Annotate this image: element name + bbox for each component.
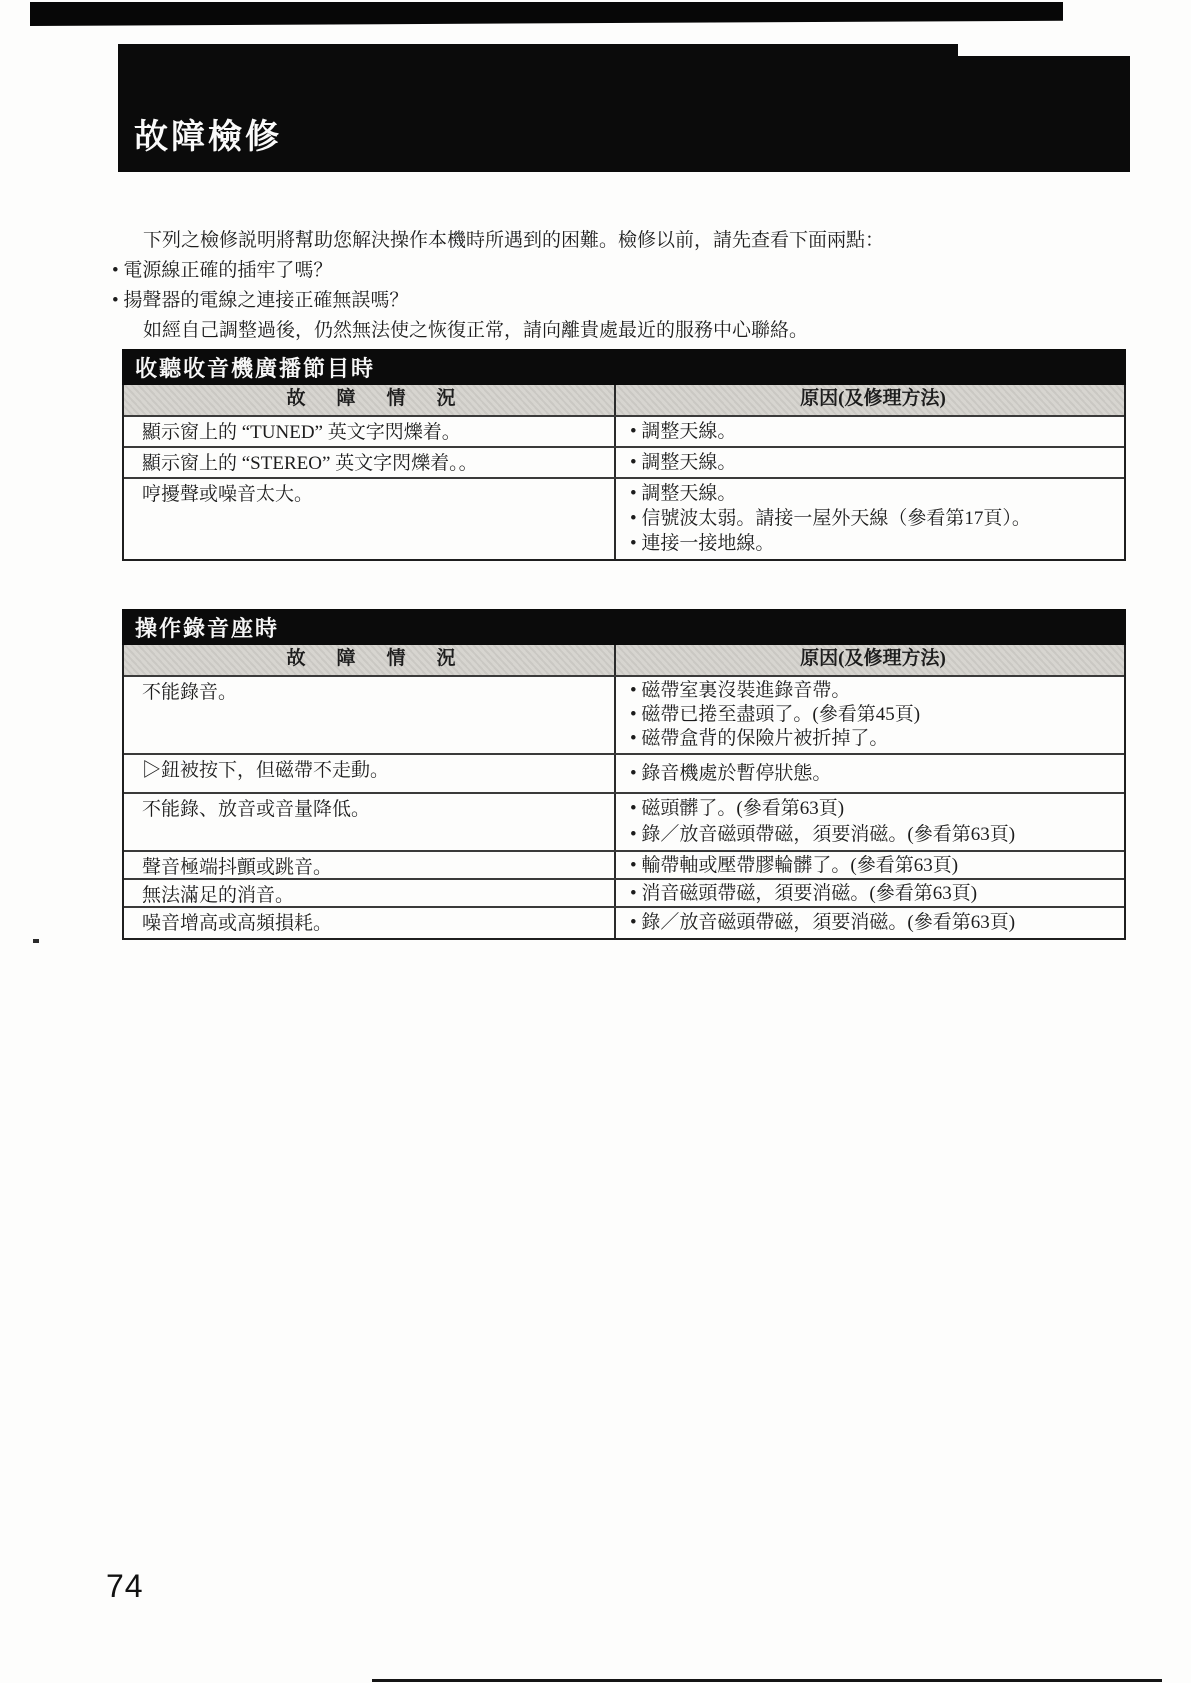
intro-line-1: 下列之檢修説明將幫助您解決操作本機時所遇到的困難。檢修以前，請先查看下面兩點： — [112, 226, 1092, 256]
problem-cell: 顯示窗上的 “STEREO” 英文字閃爍着。。 — [124, 448, 616, 477]
table-row: 噪音增高或高頻損耗。 錄／放音磁頭帶磁，須要消磁。(參看第63頁) — [124, 906, 1124, 938]
cause-item: 磁帶盒背的保險片被折掉了。 — [630, 727, 1116, 751]
column-header-problem: 故 障 情 況 — [124, 645, 616, 675]
column-header-cause: 原因(及修理方法) — [616, 645, 1124, 675]
scan-speck — [33, 939, 39, 943]
page-title-band: 故障檢修 — [118, 56, 1130, 172]
intro-line-2: 如經自己調整過後，仍然無法使之恢復正常，請向離貴處最近的服務中心聯絡。 — [112, 316, 1092, 346]
cause-item: 磁帶室裏沒裝進錄音帶。 — [630, 679, 1116, 703]
scanned-manual-page: 故障檢修 下列之檢修説明將幫助您解決操作本機時所遇到的困難。檢修以前，請先查看下… — [0, 0, 1191, 1683]
problem-cell: ▷鈕被按下，但磁帶不走動。 — [124, 755, 616, 792]
cause-item: 調整天線。 — [630, 482, 1116, 506]
section-bar-radio: 收聽收音機廣播節目時 — [122, 349, 1126, 385]
intro-bullet-speaker-wires: 揚聲器的電線之連接正確無誤嗎？ — [112, 286, 1092, 316]
table-row: 不能錄、放音或音量降低。 磁頭髒了。(參看第63頁) 錄／放音磁頭帶磁，須要消磁… — [124, 792, 1124, 850]
table-header-row: 故 障 情 況 原因(及修理方法) — [124, 645, 1124, 675]
problem-cell: 無法滿足的消音。 — [124, 880, 616, 906]
problem-cell: 不能錄、放音或音量降低。 — [124, 794, 616, 850]
cause-cell: 磁帶室裏沒裝進錄音帶。 磁帶已捲至盡頭了。(參看第45頁) 磁帶盒背的保險片被折… — [616, 677, 1124, 753]
intro-paragraph: 下列之檢修説明將幫助您解決操作本機時所遇到的困難。檢修以前，請先查看下面兩點： … — [112, 226, 1092, 346]
cause-item: 磁頭髒了。(參看第63頁) — [630, 797, 1116, 821]
cause-cell: 磁頭髒了。(參看第63頁) 錄／放音磁頭帶磁，須要消磁。(參看第63頁) — [616, 794, 1124, 850]
scan-artifact-bottom-line — [372, 1679, 1162, 1682]
table-row: 哼擾聲或噪音太大。 調整天線。 信號波太弱。請接一屋外天線（參看第17頁）。 連… — [124, 477, 1124, 559]
column-header-cause: 原因(及修理方法) — [616, 385, 1124, 415]
problem-cell: 不能錄音。 — [124, 677, 616, 753]
problem-cell: 聲音極端抖顫或跳音。 — [124, 852, 616, 878]
cause-item: 磁帶已捲至盡頭了。(參看第45頁) — [630, 703, 1116, 727]
table-grid: 故 障 情 況 原因(及修理方法) 顯示窗上的 “TUNED” 英文字閃爍着。 … — [122, 385, 1126, 561]
column-header-problem: 故 障 情 況 — [124, 385, 616, 415]
table-tape-deck-troubleshooting: 操作錄音座時 故 障 情 況 原因(及修理方法) 不能錄音。 磁帶室裏沒裝進錄音… — [122, 609, 1126, 940]
cause-item: 連接一接地線。 — [630, 532, 1116, 556]
problem-cell: 顯示窗上的 “TUNED” 英文字閃爍着。 — [124, 417, 616, 446]
table-header-row: 故 障 情 況 原因(及修理方法) — [124, 385, 1124, 415]
table-row: 顯示窗上的 “STEREO” 英文字閃爍着。。 調整天線。 — [124, 446, 1124, 477]
cause-cell: 錄音機處於暫停狀態。 — [616, 755, 1124, 792]
cause-cell: 調整天線。 — [616, 448, 1124, 477]
table-row: ▷鈕被按下，但磁帶不走動。 錄音機處於暫停狀態。 — [124, 753, 1124, 792]
cause-cell: 調整天線。 — [616, 417, 1124, 446]
table-row: 無法滿足的消音。 消音磁頭帶磁，須要消磁。(參看第63頁) — [124, 878, 1124, 906]
table-grid: 故 障 情 況 原因(及修理方法) 不能錄音。 磁帶室裏沒裝進錄音帶。 磁帶已捲… — [122, 645, 1126, 940]
cause-item: 錄／放音磁頭帶磁，須要消磁。(參看第63頁) — [630, 911, 1116, 935]
cause-cell: 輸帶軸或壓帶膠輪髒了。(參看第63頁) — [616, 852, 1124, 878]
cause-cell: 消音磁頭帶磁，須要消磁。(參看第63頁) — [616, 880, 1124, 906]
cause-item: 錄音機處於暫停狀態。 — [630, 762, 1116, 786]
cause-item: 信號波太弱。請接一屋外天線（參看第17頁）。 — [630, 507, 1116, 531]
cause-cell: 調整天線。 信號波太弱。請接一屋外天線（參看第17頁）。 連接一接地線。 — [616, 479, 1124, 559]
problem-cell: 哼擾聲或噪音太大。 — [124, 479, 616, 559]
table-radio-troubleshooting: 收聽收音機廣播節目時 故 障 情 況 原因(及修理方法) 顯示窗上的 “TUNE… — [122, 349, 1126, 561]
cause-item: 調整天線。 — [630, 451, 1116, 475]
table-row: 顯示窗上的 “TUNED” 英文字閃爍着。 調整天線。 — [124, 415, 1124, 446]
cause-item: 輸帶軸或壓帶膠輪髒了。(參看第63頁) — [630, 854, 1116, 878]
page-number: 74 — [106, 1568, 144, 1605]
section-bar-tape-deck: 操作錄音座時 — [122, 609, 1126, 645]
problem-cell: 噪音增高或高頻損耗。 — [124, 908, 616, 938]
table-row: 聲音極端抖顫或跳音。 輸帶軸或壓帶膠輪髒了。(參看第63頁) — [124, 850, 1124, 878]
page-title: 故障檢修 — [134, 109, 282, 158]
cause-item: 消音磁頭帶磁，須要消磁。(參看第63頁) — [630, 882, 1116, 906]
cause-item: 錄／放音磁頭帶磁，須要消磁。(參看第63頁) — [630, 823, 1116, 847]
scan-artifact-top-strip — [30, 2, 1063, 26]
cause-cell: 錄／放音磁頭帶磁，須要消磁。(參看第63頁) — [616, 908, 1124, 938]
cause-item: 調整天線。 — [630, 420, 1116, 444]
table-row: 不能錄音。 磁帶室裏沒裝進錄音帶。 磁帶已捲至盡頭了。(參看第45頁) 磁帶盒背… — [124, 675, 1124, 753]
intro-bullet-power-cord: 電源線正確的插牢了嗎？ — [112, 256, 1092, 286]
